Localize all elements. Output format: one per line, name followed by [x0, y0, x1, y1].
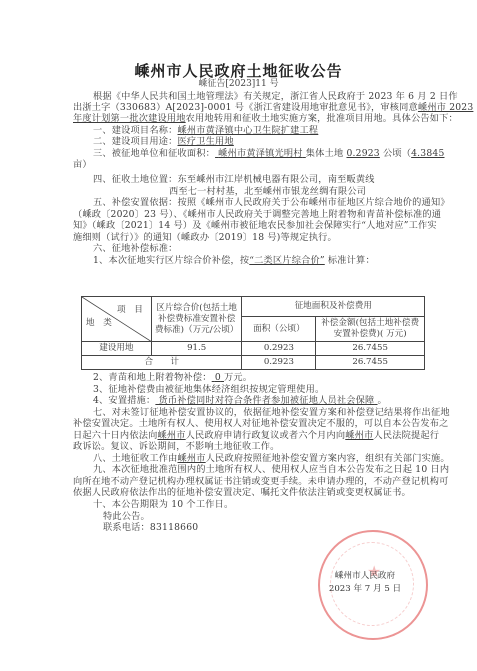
compensation-table: 项 目 地 类 区片综合价(包括土地 补偿费标准安置补偿 费标准)（万元/公顷）…	[81, 296, 425, 370]
standard-item-1: 1、本次征地实行区片综合价补偿，按“二类区片综合价” 标准计算：	[73, 255, 438, 266]
basis-line-2: （嵊政〔2020〕23 号）、《嵊州市人民政府关于调整完善地上附着物和青苗补偿标…	[73, 209, 418, 220]
corner-top-label: 项 目	[82, 305, 151, 316]
basis-line-4: 施细则（试行）》的通知（嵊政办〔2019〕18 号)等规定执行。	[73, 232, 418, 243]
registration-line-1: 九、本次征地批准范围内的土地所有权人、使用权人应当自本公告发布之日起 10 日内	[73, 464, 438, 475]
header-area: 面积（公顷）	[242, 317, 316, 342]
basis-line-3: 知》（嵊政〔2021〕14 号）及《嵊州市被征地农民参加社会保障实行“人地对应”…	[73, 220, 418, 231]
decision-line-2: 补偿安置决定。土地所有权人、使用权人对征地补偿安置决定不服的，可以自本公告发布之	[73, 418, 418, 429]
header-group: 征地面积及补偿费用	[242, 297, 425, 317]
registration-line-3: 依据人民政府依法作出的征地补偿安置决定、嘱托文件依法注销或变更权属证书。	[73, 487, 418, 498]
table-total-row: 合 计 0.2923 26.7455	[82, 356, 425, 370]
contact-phone: 联系电话：83118660	[103, 522, 448, 533]
header-amount: 补偿金额(包括土地补偿费 安置补偿费)( 万元)	[316, 317, 425, 342]
header-zone-price: 区片综合价(包括土地 补偿费标准安置补偿 费标准)（万元/公顷）	[151, 297, 242, 342]
signature-org: 嵊州市人民政府	[300, 569, 430, 581]
intro-line-3: 年度计划第一批次建设用地农用地转用和征收土地实施方案，批准项目用地。具体公告如下…	[73, 113, 418, 124]
document-number: 嵊征告[2023]11 号	[0, 76, 477, 89]
project-name: 一、建设项目名称：嵊州市黄泽镇中心卫生院扩建工程	[73, 125, 438, 136]
decision-line-3: 日起六十日内依法向嵊州市人民政府申请行政复议或者六个月内向嵊州市人民法院提起行	[73, 430, 418, 441]
implementation-line: 八、土地征收工作由嵊州市人民政府按照征地补偿安置方案内容，组织有关部门实施。	[73, 453, 438, 464]
standard-item-3: 3、征地补偿费由被征地集体经济组织按规定管理使用。	[73, 384, 438, 395]
area-mu-unit: 亩）	[73, 159, 418, 170]
location-line-1: 四、征收土地位置：东至嵊州市江岸机械电器有限公司，南至畈黄线	[73, 174, 438, 185]
standard-item-4: 4、安置措施： 货币补偿同时对符合条件者参加被征地人员社会保障 。	[73, 395, 438, 406]
registration-line-2: 向所在地不动产登记机构办理权属证书注销或变更手续。未申请办理的，不动产登记机构可	[73, 476, 418, 487]
plan-link: 嵊州市 2023	[418, 102, 473, 113]
location-line-2: 西至七一村村基，北至嵊州市银龙丝绸有限公司	[169, 186, 429, 197]
project-use: 二、建设项目用途：医疗卫生用地	[73, 136, 438, 147]
notice-period: 十、本公告期限为 10 个工作日。	[73, 499, 438, 510]
table-corner-cell: 项 目 地 类	[82, 297, 152, 342]
signature-date: 2023 年 7 月 5 日	[300, 582, 430, 594]
decision-line-1: 七、对未签订征地补偿安置协议的，依据征地补偿安置方案和补偿登记结果将作出征地	[73, 407, 438, 418]
basis-line-1: 五、补偿安置依据：按照《嵊州市人民政府关于公布嵊州市征地区片综合地价的通知》	[73, 197, 438, 208]
expropriation-area: 三、被征地单位和征收面积： 嵊州市黄泽镇光明村 集体土地 0.2923 公顷（4…	[73, 148, 438, 159]
decision-line-4: 政诉讼。复议、诉讼期间，不影响土地征收工作。	[73, 441, 418, 452]
corner-bottom-label: 地 类	[82, 318, 151, 329]
standard-heading: 六、征地补偿标准：	[73, 243, 438, 254]
intro-line-1: 根据《中华人民共和国土地管理法》有关规定，浙江省人民政府于 2023 年 6 月…	[73, 91, 438, 102]
closing-text: 特此公告。	[103, 511, 448, 522]
intro-line-2: 出浙土字（330683）A[2023]-0001 号《浙江省建设用地审批意见书》…	[73, 102, 418, 113]
table-row: 建设用地 91.5 0.2923 26.7455	[82, 342, 425, 356]
standard-item-2: 2、青苗和地上附着物补偿： 0 万元。	[73, 372, 438, 383]
